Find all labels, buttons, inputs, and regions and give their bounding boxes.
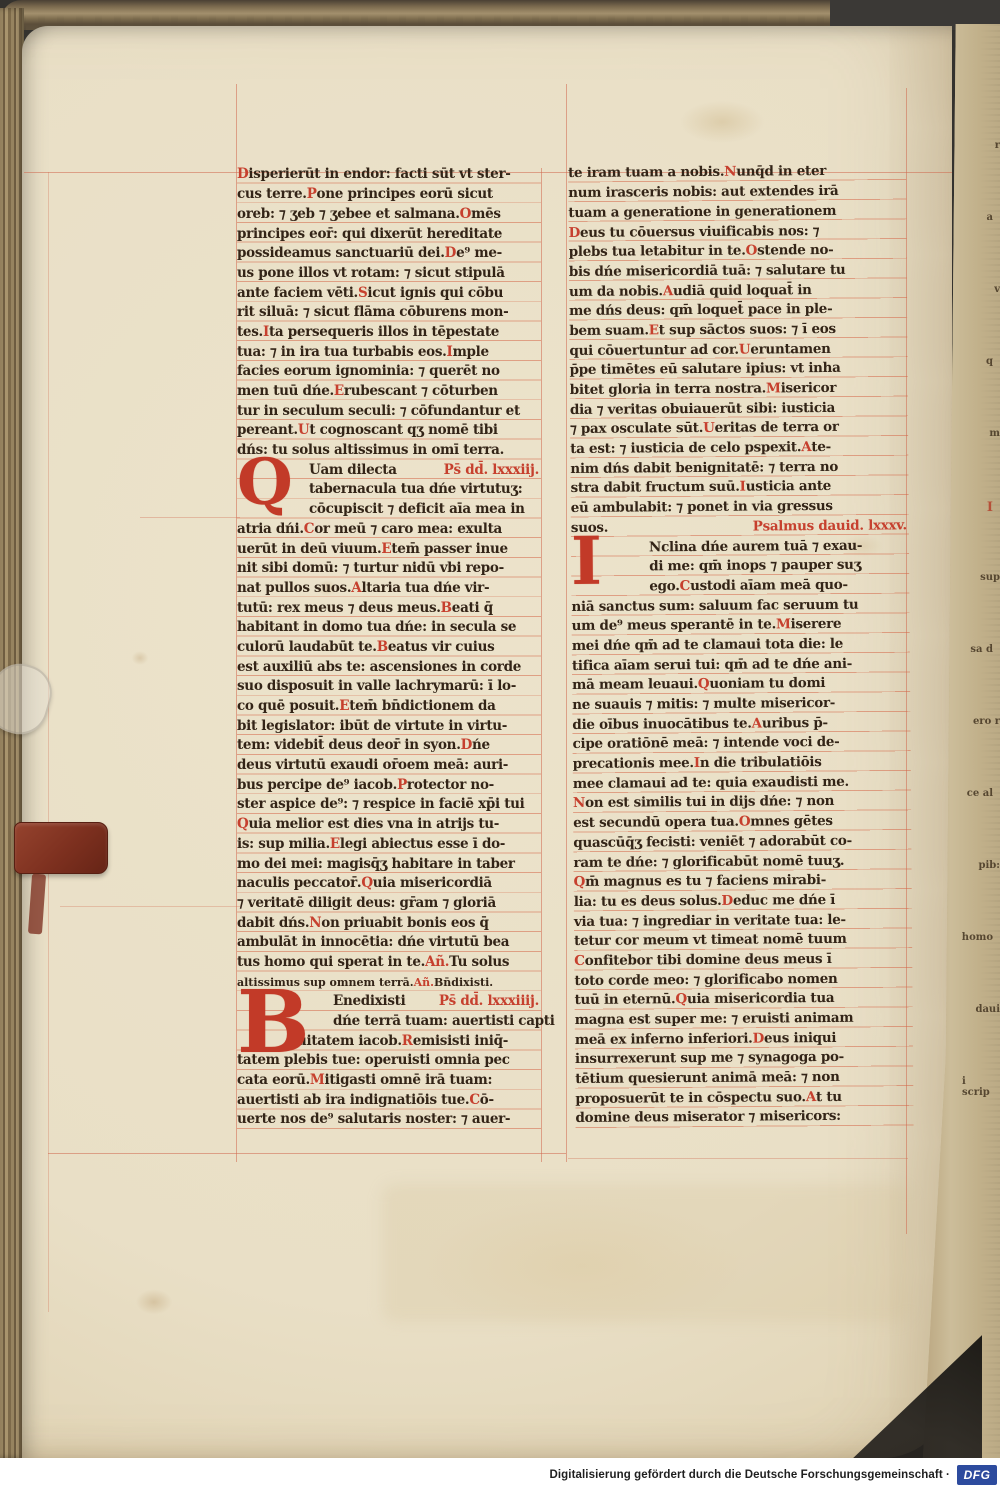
text-segment: rit siluā: ⁊ sicut flāma cōburens mon- <box>237 303 508 322</box>
rubric-segment: N <box>573 794 585 813</box>
text-segment: uia melior est dies vna in atrijs tu- <box>248 815 499 834</box>
rubric-segment: Psalmus dauid. lxxxv. <box>753 516 909 536</box>
rubric-segment: E <box>649 321 659 340</box>
text-segment: plebs tua letabitur in te. <box>569 242 746 263</box>
text-segment: habitant in domo tua dńe: in secula se <box>237 618 516 637</box>
text-line: bem suam. Et sup sāctos suos: ⁊ ī eos <box>569 319 907 341</box>
text-line: rit siluā: ⁊ sicut flāma cōburens mon- <box>237 303 541 323</box>
next-page-fragment: pib: <box>979 860 1000 871</box>
text-segment: Nclina dńe aurem tuā ⁊ exau- <box>649 536 862 557</box>
text-segment: ō- <box>480 1091 494 1110</box>
text-segment: domine deus miserator ⁊ misericors: <box>575 1107 840 1128</box>
text-segment: ńe <box>472 736 490 755</box>
rubric-segment: M <box>766 379 781 398</box>
text-segment: eatus vir cuius <box>388 638 495 657</box>
next-page-fragment: I <box>987 500 993 515</box>
next-page-fragment: i scrip <box>962 1076 993 1098</box>
text-segment: bem suam. <box>569 321 649 341</box>
text-line: mei dńe qm̄ ad te clamaui tota die: le <box>572 634 910 656</box>
text-line: me dńs deus: qm̄ loquet̄ pace in ple- <box>569 299 907 321</box>
text-line: Disperierūt in endor: facti sūt vt ster- <box>237 165 541 185</box>
text-segment: t sup sāctos suos: ⁊ ī eos <box>659 320 836 341</box>
text-line: ram te dńe: ⁊ glorificabūt nomē tuuʒ. <box>573 850 911 872</box>
text-segment: uitatem iacob. <box>297 1032 402 1051</box>
rubric-segment: M <box>310 1071 325 1090</box>
text-segment: tuū in eternū. <box>574 991 675 1011</box>
text-segment: uerūt in deū viuum. <box>237 540 381 559</box>
text-line: proposuerūt te in cōspectu suo. At tu <box>575 1087 913 1109</box>
rubric-segment: C <box>680 577 691 596</box>
rubric-segment: B <box>441 599 452 618</box>
text-segment: iserere <box>791 615 842 635</box>
drop-cap-initial: I <box>571 534 602 588</box>
rubric-segment: A <box>752 714 762 733</box>
rubric-segment: A <box>806 1088 816 1107</box>
text-line: insurrexerunt sup me ⁊ synagoga po- <box>575 1047 913 1069</box>
text-line: di me: qm̄ inops ⁊ pauper suʒ <box>571 555 909 577</box>
rubric-segment: Ps̄ dd̄. lxxxiij. <box>444 461 541 480</box>
text-segment: meā ex inferno inferiori. <box>575 1029 753 1050</box>
text-segment: mple <box>453 343 489 362</box>
text-line: principes eor̄: qui dixerūt hereditate <box>237 224 541 244</box>
text-line: domine deus miserator ⁊ misericors: <box>575 1106 913 1128</box>
rubric-segment: N <box>309 914 321 933</box>
rubric-segment: N <box>724 163 736 182</box>
text-line: plebs tua letabitur in te. Ostende no- <box>569 240 907 262</box>
text-line: tuū in eternū. Quia misericordia tua <box>574 988 912 1010</box>
text-line: ster aspice de⁹: ⁊ respice in faciē xp̄i… <box>237 795 541 815</box>
text-line: bis dńe misericordiā tuā: ⁊ salutare tu <box>569 260 907 282</box>
next-page-fragment: a <box>987 212 993 223</box>
text-line: is: sup milia. Elegi abiectus esse ī do- <box>237 834 541 854</box>
text-segment: mee clamaui ad te: quia exaudisti me. <box>573 773 849 794</box>
text-line: culorū laudabūt te. Beatus vir cuius <box>237 638 541 658</box>
ruling-margin-vertical <box>48 172 49 1312</box>
text-segment: auertisti ab ira indignatiōis tue. <box>237 1091 469 1110</box>
text-segment: qui cōuertuntur ad cor. <box>569 340 738 361</box>
text-segment: uia misericordiā <box>373 874 492 893</box>
text-segment: ⁊ pax osculate sūt. <box>570 419 703 439</box>
text-segment: tētium quesierunt animā meā: ⁊ non <box>575 1068 840 1089</box>
dfg-logo: DFG <box>957 1465 997 1485</box>
text-segment: usticia ante <box>746 477 832 497</box>
text-line: tes. Ita persequeris illos in tēpestate <box>237 323 541 343</box>
text-line: dabit dńs. Non priuabit bonis eos q̄ <box>237 913 541 933</box>
text-segment: m̄ magnus es tu ⁊ faciens mirabi- <box>585 871 826 892</box>
text-line: tur in seculum seculi: ⁊ cōfundantur et <box>237 401 541 421</box>
text-segment: possideamus sanctuariū dei. <box>237 244 445 263</box>
text-segment: pereant. <box>237 421 298 440</box>
text-segment: cus terre. <box>237 185 307 204</box>
caption-text: Digitalisierung gefördert durch die Deut… <box>549 1469 950 1481</box>
text-segment: stende no- <box>757 241 834 261</box>
text-segment: on est similis tui in dijs dńe: ⁊ non <box>585 792 834 813</box>
text-line: ta est: ⁊ iusticia de celo pspexit. Ate- <box>570 437 908 459</box>
text-segment: men tuū dńe. <box>237 382 334 401</box>
text-line: toto corde meo: ⁊ glorificabo nomen <box>574 969 912 991</box>
text-line: magna est super me: ⁊ eruisti animam <box>575 1008 913 1030</box>
text-segment: ta est: ⁊ iusticia de celo pspexit. <box>570 438 801 459</box>
text-line: stra dabit fructum suū. Iusticia ante <box>570 476 908 498</box>
text-segment: via tua: ⁊ ingrediar in veritate tua: le… <box>574 910 846 931</box>
next-page-fragment: homo <box>962 932 993 943</box>
text-segment: tifica aīam serui tui: qm̄ ad te dńe ani… <box>572 654 852 675</box>
text-segment: cipe oratiōnē meā: ⁊ intende voci de- <box>572 733 839 754</box>
ruling-col2-left <box>566 84 567 1162</box>
text-segment: te- <box>811 438 831 457</box>
text-line: quascūq̄ʒ fecisti: veniēt ⁊ adorabūt co- <box>573 831 911 853</box>
text-segment: ltaria tua dńe vir- <box>361 579 489 598</box>
ruling-bottom-right <box>568 1158 908 1159</box>
text-line: ante faciem vēti. Sicut ignis qui cōbu <box>237 283 541 303</box>
text-line: te iram tuam a nobis. Nunq̄d in eter <box>568 161 906 183</box>
rubric-segment: O <box>739 813 751 832</box>
ruling-bottom-left <box>48 1153 566 1154</box>
text-line: us pone illos vt rotam: ⁊ sicut stipulā <box>237 263 541 283</box>
rubric-segment: D <box>568 223 580 242</box>
text-segment: e⁹ me- <box>456 244 502 263</box>
text-segment: stra dabit fructum suū. <box>570 478 739 499</box>
rubric-segment: C <box>304 520 314 539</box>
text-column-left: Disperierūt in endor: facti sūt vt ster-… <box>237 165 541 1130</box>
text-segment: dia ⁊ veritas obuiauerūt sibi: iusticia <box>570 399 835 420</box>
text-segment: um de⁹ meus sperantē in te. <box>572 616 776 637</box>
text-segment: naculis peccator̄. <box>237 874 361 893</box>
text-segment: cōcupiscit ⁊ deficit aīa mea in <box>309 500 525 519</box>
next-page-fragment: ero r <box>973 716 1000 727</box>
text-segment: bus percipe de⁹ iacob. <box>237 776 397 795</box>
text-line: Quia melior est dies vna in atrijs tu- <box>237 815 541 835</box>
text-line: lia: tu es deus solus. Deduc me dńe ī <box>574 890 912 912</box>
rubric-segment: E <box>339 697 349 716</box>
text-segment: ⁊ veritatē diligit deus: gr̄am ⁊ gloriā <box>237 894 496 913</box>
text-line: Confitebor tibi domine deus meus ī <box>574 949 912 971</box>
text-segment: bit legislator: ibūt de virtute in virtu… <box>237 717 507 736</box>
text-line: Nclina dńe aurem tuā ⁊ exau- <box>571 535 909 557</box>
text-segment: legi abiectus esse ī do- <box>340 835 505 854</box>
rubric-segment: O <box>746 242 758 261</box>
ink-offset-stain <box>382 1184 910 1322</box>
text-column-right: te iram tuam a nobis. Nunq̄d in eternum … <box>568 161 914 1128</box>
text-segment: uia misericordia tua <box>687 989 835 1009</box>
text-segment: principes eor̄: qui dixerūt hereditate <box>237 225 502 244</box>
text-segment: is: sup milia. <box>237 835 330 854</box>
text-segment: Enedixisti <box>333 992 405 1011</box>
text-segment: tabernacula tua dńe virtutuʒ: <box>309 480 522 499</box>
text-segment: bis dńe misericordiā tuā: ⁊ salutare tu <box>569 261 846 282</box>
text-line: tutū: rex meus ⁊ deus meus. Beati q̄ <box>237 598 541 618</box>
text-segment: dabit dńs. <box>237 914 309 933</box>
text-line: atria dńi. Cor meū ⁊ caro mea: exulta <box>237 519 541 539</box>
text-segment: t cognoscant qʒ nomē tibi <box>309 421 497 440</box>
text-line: precationis mee. In die tribulatiōis <box>573 752 911 774</box>
text-line: ne suauis ⁊ mitis: ⁊ multe misericor- <box>572 693 910 715</box>
text-segment: co quē posuit. <box>237 697 339 716</box>
rubric-segment: O <box>460 205 471 224</box>
drop-cap-initial: Q <box>237 457 292 509</box>
text-line: um de⁹ meus sperantē in te. Miserere <box>572 614 910 636</box>
rubric-segment: Q <box>361 874 372 893</box>
text-segment: tur in seculum seculi: ⁊ cōfundantur et <box>237 402 520 421</box>
text-line: qui cōuertuntur ad cor. Ueruntamen <box>569 339 907 361</box>
text-segment: eruntamen <box>750 340 830 360</box>
text-segment: onfitebor tibi domine deus meus ī <box>585 950 832 971</box>
rubric-segment: D <box>445 244 456 263</box>
text-segment: eus tu cōuersus viuificabis nos: ⁊ <box>580 222 819 243</box>
text-line: est auxiliū abs te: ascensiones in corde <box>237 657 541 677</box>
text-segment: toto corde meo: ⁊ glorificabo nomen <box>574 970 837 991</box>
text-line: um da nobis. Audiā quid loquat̄ in <box>569 279 907 301</box>
text-segment: tuam a generatione in generationem <box>568 202 836 223</box>
rubric-segment: P <box>307 185 317 204</box>
text-segment: uerte nos de⁹ salutaris noster: ⁊ auer- <box>237 1110 510 1129</box>
text-line: nat pullos suos. Altaria tua dńe vir- <box>237 578 541 598</box>
text-segment: itigasti omnē irā tuam: <box>325 1071 493 1090</box>
text-segment: isperierūt in endor: facti sūt vt ster- <box>248 165 510 184</box>
text-line: suo disposuit in valle lachrymarū: ī lo- <box>237 677 541 697</box>
text-segment: ante faciem vēti. <box>237 284 358 303</box>
rubric-segment: Q <box>675 990 687 1009</box>
text-line: co quē posuit. Etem̄ bn̄dictionem da <box>237 697 541 717</box>
rubric-segment: A <box>801 438 811 457</box>
text-segment: eati q̄ <box>452 599 493 618</box>
ruling-margin-mark <box>140 517 240 518</box>
text-line: cus terre. Pone principes eorū sicut <box>237 185 541 205</box>
rubric-segment: P <box>397 776 407 795</box>
text-segment: eū ambulabit: ⁊ ponet in via gressus <box>571 497 833 518</box>
ruling-margin-mark <box>60 906 240 907</box>
rubric-segment: U <box>298 421 309 440</box>
rubric-segment: D <box>721 892 733 911</box>
text-segment: isericor <box>781 379 837 399</box>
text-segment: nit sibi domū: ⁊ turtur nidū vbi repo- <box>237 559 504 578</box>
rubric-segment: Q <box>574 873 586 892</box>
text-segment: proposuerūt te in cōspectu suo. <box>575 1088 806 1109</box>
text-line: Deus tu cōuersus viuificabis nos: ⁊ <box>568 220 906 242</box>
text-segment: cata eorū. <box>237 1071 310 1090</box>
text-line: Non est similis tui in dijs dńe: ⁊ non <box>573 791 911 813</box>
text-segment: tus homo qui sperat in te. <box>237 953 425 972</box>
text-segment: te iram tuam a nobis. <box>568 163 724 183</box>
rubric-segment: Añ. <box>425 953 449 972</box>
text-line: deus virtutū exaudi or̄oem meā: auri- <box>237 756 541 776</box>
text-segment: di me: qm̄ inops ⁊ pauper suʒ <box>649 556 861 577</box>
text-segment: rubescant ⁊ cōturben <box>344 382 498 401</box>
text-segment: facies eorum ignominia: ⁊ querēt no <box>237 362 500 381</box>
text-segment: ego. <box>649 577 679 596</box>
text-segment: Bn̄dixisti. <box>434 973 493 992</box>
text-segment: precationis mee. <box>573 754 694 774</box>
text-segment: lia: tu es deus solus. <box>574 892 722 912</box>
drop-cap-initial: B <box>237 988 309 1059</box>
text-segment: deus virtutū exaudi or̄oem meā: auri- <box>237 756 508 775</box>
rubric-segment: R <box>402 1032 413 1051</box>
text-segment: quascūq̄ʒ fecisti: veniēt ⁊ adorabūt co- <box>573 832 852 853</box>
text-segment: insurrexerunt sup me ⁊ synagoga po- <box>575 1048 844 1069</box>
text-line: tuam a generatione in generationem <box>568 201 906 223</box>
text-line: tus homo qui sperat in te. Añ. Tu solus <box>237 953 541 973</box>
text-line: naculis peccator̄. Quia misericordiā <box>237 874 541 894</box>
text-segment: us pone illos vt rotam: ⁊ sicut stipulā <box>237 264 505 283</box>
text-segment: um da nobis. <box>569 282 663 302</box>
text-line: tētium quesierunt animā meā: ⁊ non <box>575 1067 913 1089</box>
text-segment: or meū ⁊ caro mea: exulta <box>314 520 502 539</box>
text-line: num irasceris nobis: aut extendes irā <box>568 181 906 203</box>
text-segment: mnes gētes <box>750 812 833 832</box>
text-segment: bitet gloria in terra nostra. <box>570 379 766 400</box>
text-segment: tes. <box>237 323 263 342</box>
text-segment: tua: ⁊ in ira tua turbabis eos. <box>237 343 447 362</box>
text-line: eū ambulabit: ⁊ ponet in via gressus <box>571 496 909 518</box>
next-page-fragment: sup <box>980 572 1000 583</box>
next-page-fragment: ce al <box>967 788 993 799</box>
text-line: tifica aīam serui tui: qm̄ ad te dńe ani… <box>572 654 910 676</box>
text-line: mee clamaui ad te: quia exaudisti me. <box>573 772 911 794</box>
next-page-fragment: sa d <box>970 644 993 655</box>
text-segment: est secundū opera tua. <box>573 813 739 834</box>
text-segment: oreb: ⁊ ʒeb ⁊ ʒebee et salmana. <box>237 205 460 224</box>
text-line: auertisti ab ira indignatiōis tue. Cō- <box>237 1090 541 1110</box>
rubric-segment: S <box>358 284 367 303</box>
text-segment: rotector no- <box>407 776 494 795</box>
text-segment: dńe terrā tuam: auertisti capti <box>333 1012 555 1031</box>
text-line: nit sibi domū: ⁊ turtur nidū vbi repo- <box>237 559 541 579</box>
text-segment: num irasceris nobis: aut extendes irā <box>568 182 838 203</box>
text-line: tem: videbit̄ deus deor̄ in syon. Dńe <box>237 736 541 756</box>
next-page-fragment: v <box>994 284 1000 295</box>
text-line: bitet gloria in terra nostra. Misericor <box>570 378 908 400</box>
rubric-segment: C <box>574 952 585 971</box>
text-segment: nim dńs dabit benignitatē: ⁊ terra no <box>570 458 838 479</box>
text-segment: eus iniqui <box>764 1029 836 1049</box>
text-line: cipe oratiōnē meā: ⁊ intende voci de- <box>572 732 910 754</box>
text-segment: nat pullos suos. <box>237 579 351 598</box>
text-line: men tuū dńe. Erubescant ⁊ cōturben <box>237 382 541 402</box>
rubric-segment: E <box>381 540 391 559</box>
text-line: tetur cor meum vt timeat nomē tuum <box>574 929 912 951</box>
text-line: Qm̄ magnus es tu ⁊ faciens mirabi- <box>574 870 912 892</box>
rubric-segment: Ps̄ dd̄. lxxxiiij. <box>439 992 541 1011</box>
text-line: bit legislator: ibūt de virtute in virtu… <box>237 716 541 736</box>
text-line: possideamus sanctuariū dei. De⁹ me- <box>237 244 541 264</box>
text-line: ⁊ pax osculate sūt. Ueritas de terra or <box>570 417 908 439</box>
next-page-text-glimpse: ravqmIsupsa dero rce alpib:homodauii scr… <box>962 140 1000 1160</box>
text-line: tua: ⁊ in ira tua turbabis eos. Imple <box>237 342 541 362</box>
text-segment: tutū: rex meus ⁊ deus meus. <box>237 599 441 618</box>
text-segment: magna est super me: ⁊ eruisti animam <box>575 1009 854 1030</box>
text-segment: me dńs deus: qm̄ loquet̄ pace in ple- <box>569 300 832 321</box>
text-segment: tem: videbit̄ deus deor̄ in syon. <box>237 736 461 755</box>
text-segment: culorū laudabūt te. <box>237 638 377 657</box>
text-segment: est auxiliū abs te: ascensiones in corde <box>237 658 521 677</box>
text-segment: t tu <box>816 1088 842 1107</box>
text-segment: mā meam leuaui. <box>572 675 698 695</box>
text-line: uerūt in deū viuum. Etem̄ passer inue <box>237 539 541 559</box>
text-line: ⁊ veritatē diligit deus: gr̄am ⁊ gloriā <box>237 893 541 913</box>
text-line: uerte nos de⁹ salutaris noster: ⁊ auer- <box>237 1110 541 1130</box>
text-segment: ne suauis ⁊ mitis: ⁊ multe misericor- <box>572 694 835 715</box>
text-line: pereant. Ut cognoscant qʒ nomē tibi <box>237 421 541 441</box>
text-segment: mei dńe qm̄ ad te clamaui tota die: le <box>572 635 843 656</box>
text-line: p̄pe timētes eū salutare ipius: vt inha <box>570 358 908 380</box>
rubric-segment: Q <box>237 815 248 834</box>
text-line: facies eorum ignominia: ⁊ querēt no <box>237 362 541 382</box>
text-segment: die oībus inuocātibus te. <box>572 714 751 735</box>
text-segment: eritas de terra or <box>715 418 839 438</box>
text-segment: mēs <box>471 205 501 224</box>
text-segment: niā sanctus sum: saluum fac seruum tu <box>571 595 858 616</box>
text-line: mo dei mei: magisq̄ʒ habitare in taber <box>237 854 541 874</box>
text-segment: n die tribulatiōis <box>700 753 822 773</box>
text-segment: uoniam tu domi <box>709 674 825 694</box>
text-segment: one principes eorū sicut <box>317 185 493 204</box>
text-line: via tua: ⁊ ingrediar in veritate tua: le… <box>574 909 912 931</box>
rubric-segment: C <box>469 1091 479 1110</box>
text-segment: ustodi aīam meā quo- <box>690 576 848 596</box>
text-segment: ambulāt in innocētia: dńe virtutū bea <box>237 933 509 952</box>
text-line: mā meam leuaui. Quoniam tu domi <box>572 673 910 695</box>
text-segment: tem̄ passer inue <box>391 540 507 559</box>
text-segment: icut ignis qui cōbu <box>367 284 503 303</box>
text-line: nim dńs dabit benignitatē: ⁊ terra no <box>570 457 908 479</box>
next-page-fragment: q <box>986 356 993 367</box>
text-segment: ster aspice de⁹: ⁊ respice in faciē xp̄i… <box>237 795 525 814</box>
rubric-segment: Añ. <box>414 973 434 992</box>
digitized-book-photo: Disperierūt in endor: facti sūt vt ster-… <box>0 0 1000 1491</box>
text-segment: ta persequeris illos in tēpestate <box>269 323 499 342</box>
text-line: oreb: ⁊ ʒeb ⁊ ʒebee et salmana. Omēs <box>237 204 541 224</box>
rubric-segment: B <box>377 638 388 657</box>
text-segment: on priuabit bonis eos q̄ <box>321 914 488 933</box>
rubric-segment: M <box>776 616 791 635</box>
text-line: ego. Custodi aīam meā quo- <box>571 575 909 597</box>
text-segment: udiā quid loquat̄ in <box>673 281 812 301</box>
rubric-segment: U <box>739 340 751 359</box>
rubric-segment: D <box>461 736 472 755</box>
text-segment: mo dei mei: magisq̄ʒ habitare in taber <box>237 855 515 874</box>
text-line: habitant in domo tua dńe: in secula se <box>237 618 541 638</box>
text-segment: tem̄ bn̄dictionem da <box>349 697 495 716</box>
rubric-segment: D <box>752 1029 764 1048</box>
next-page-fragment: daui <box>975 1004 1000 1015</box>
next-page-fragment: r <box>995 140 1000 151</box>
text-line: ambulāt in innocētia: dńe virtutū bea <box>237 933 541 953</box>
text-line: cata eorū. Mitigasti omnē irā tuam: <box>237 1071 541 1091</box>
text-segment: atria dńi. <box>237 520 304 539</box>
text-segment: tetur cor meum vt timeat nomē tuum <box>574 930 847 951</box>
text-line: dia ⁊ veritas obuiauerūt sibi: iusticia <box>570 398 908 420</box>
rubric-segment: Q <box>698 675 710 694</box>
text-segment: ram te dńe: ⁊ glorificabūt nomē tuuʒ. <box>573 851 844 872</box>
text-line: suos.Psalmus dauid. lxxxv. <box>571 516 909 538</box>
text-line: est secundū opera tua. Omnes gētes <box>573 811 911 833</box>
text-line: niā sanctus sum: saluum fac seruum tu <box>571 594 909 616</box>
text-segment: uribus p̄- <box>762 714 828 734</box>
text-line: bus percipe de⁹ iacob. Protector no- <box>237 775 541 795</box>
text-line: die oībus inuocātibus te. Auribus p̄- <box>572 713 910 735</box>
text-segment: unq̄d in eter <box>736 162 826 182</box>
text-segment: p̄pe timētes eū salutare ipius: vt inha <box>570 359 841 380</box>
caption-bar: Digitalisierung gefördert durch die Deut… <box>0 1458 1000 1491</box>
text-segment: suo disposuit in valle lachrymarū: ī lo- <box>237 677 516 696</box>
text-segment: Uam dilecta <box>309 461 397 480</box>
rubric-segment: U <box>703 419 715 438</box>
rubric-segment: E <box>334 382 344 401</box>
text-segment: emisisti iniq̄- <box>413 1032 508 1051</box>
text-segment: educ me dńe ī <box>733 891 835 911</box>
text-segment: Tu solus <box>449 953 509 972</box>
next-page-fragment: m <box>989 428 1000 439</box>
